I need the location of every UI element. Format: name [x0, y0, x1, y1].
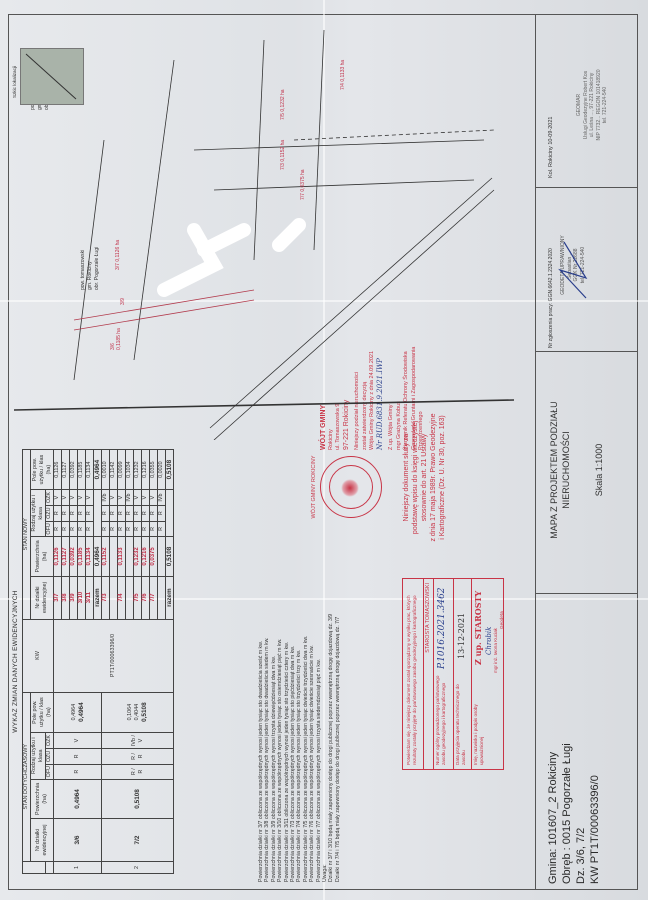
new-area: 0,1232: [134, 537, 142, 576]
sum-use-area: 0,4964: [94, 450, 102, 490]
seal-emblem: [329, 465, 373, 509]
new-use-area: 0,1185: [78, 450, 86, 490]
starosta-row-1-label: Numer ogólny prowadzonego państwowego za…: [435, 675, 446, 765]
new-use-area: 0,1134: [86, 450, 94, 490]
old-lp: 1: [54, 862, 102, 874]
new-ozk: V: [110, 490, 118, 505]
new-ozk: V: [54, 490, 62, 505]
new-ozu: R: [102, 505, 110, 521]
new-use-area: 0,1142: [110, 450, 118, 490]
new-ozk: OZK: [46, 490, 54, 505]
old-ozu: OZU: [46, 749, 54, 764]
new-area: 0,0375: [150, 537, 158, 576]
new-ozk: IVb: [102, 490, 110, 505]
new-ozu: R: [86, 505, 94, 521]
sum-area: 0,5108: [166, 537, 174, 576]
new-ozu: R: [150, 505, 158, 521]
map-title: MAPA Z PROJEKTEM PODZIAŁU NIERUCHOMOŚCI: [548, 360, 572, 580]
old-use-area: 0,10640,40440,5108: [102, 692, 174, 732]
old-parcel: 3/6: [54, 819, 102, 862]
new-ozu: R: [62, 505, 70, 521]
new-area: 0,1126: [54, 537, 62, 576]
photographed-document: WYKAZ ZMIAN DANYCH EWIDENCYJNYCH STAN DO…: [0, 0, 648, 900]
new-ozu: OZU: [46, 505, 54, 521]
starosta-signatory-role: Geodeta: [499, 611, 504, 629]
new-use-header: Rodzaj użytku i klasa: [31, 490, 46, 537]
new-use-area: 0,0355: [150, 450, 158, 490]
new-parcel: [126, 576, 134, 619]
map-scale: Skala 1:1000: [594, 360, 604, 580]
new-parcel: 7/7: [150, 576, 158, 619]
access-note: Działki nr 7/4 i 7/5 będą miały zapewnio…: [335, 462, 341, 882]
svg-text:obr. Pogorzałe Ługi: obr. Pogorzałe Ługi: [94, 247, 100, 290]
title-divider: [535, 593, 638, 594]
new-parcel: 3/11: [86, 576, 94, 619]
starosta-row-2-value: 13-12-2021: [457, 613, 466, 659]
starosta-row-1-value: P.1016.2021.3462: [437, 587, 447, 669]
new-ozu: R: [118, 505, 126, 521]
sum-use-area: 0,5108: [166, 450, 174, 490]
new-ozk: IVb: [126, 490, 134, 505]
new-ozk: V: [150, 490, 158, 505]
new-ofu: R: [126, 521, 134, 537]
new-ozk: V: [86, 490, 94, 505]
new-ofu: R: [150, 521, 158, 537]
svg-text:7/7 0,0375 ha: 7/7 0,0375 ha: [300, 169, 306, 200]
map-neighbour-2: pow. tomaszowski: [80, 250, 86, 290]
new-ofu: R: [118, 521, 126, 537]
title-block: Gmina: 101607_2 Rokiciny Obręb : 0015 Po…: [546, 594, 636, 884]
gmina-line: Gmina: 101607_2 Rokiciny: [546, 594, 560, 884]
kw-line: KW PT1T/00063396/0: [588, 594, 602, 884]
new-ozu: R: [134, 505, 142, 521]
new-ofu: R: [102, 521, 110, 537]
old-ozk: V: [54, 732, 102, 749]
starosta-row-3-label: Imię, nazwisko i podpis osoby upoważnion…: [473, 675, 484, 765]
starosta-office: STAROSTA TOMASZOWSKI: [425, 583, 431, 765]
old-area-header: Powierzchnia (ha): [31, 779, 54, 818]
table-row: 13/60,4964RRV0,49640,4964PT1T/00063396/0…: [54, 450, 62, 874]
svg-text:7/3 0,1152 ha: 7/3 0,1152 ha: [280, 140, 286, 170]
new-parcel-header: Nr działki ewidencyjnej: [31, 576, 54, 619]
new-ofu: R: [78, 521, 86, 537]
location-sketch: [20, 48, 84, 105]
company-stamp: GEOMAR Usługi Geodezyjne Robert Kos ul. …: [576, 30, 609, 180]
new-use-area: 0,0099: [118, 450, 126, 490]
svg-text:0,1185 ha: 0,1185 ha: [116, 328, 122, 350]
new-use-area: 0,1127: [62, 450, 70, 490]
new-parcel: 7/6: [142, 576, 150, 619]
starosta-stamp: Potwierdzam się, że niniejszy dokument z…: [402, 578, 504, 770]
new-ofu: R: [142, 521, 150, 537]
new-area: 0,1216: [142, 537, 150, 576]
new-ofu: R: [110, 521, 118, 537]
new-use-area: 0,0020: [158, 450, 166, 490]
new-ozk: V: [78, 490, 86, 505]
new-area: [126, 537, 134, 576]
surveyor-signature: [556, 240, 590, 300]
old-parcel: 7/2: [102, 819, 174, 862]
old-ofu: R / R: [102, 764, 174, 779]
new-ofu: R: [62, 521, 70, 537]
new-parcel: 3/7: [54, 576, 62, 619]
starosta-row-2-label: Data przyjęcia operatu technicznego do z…: [455, 675, 466, 765]
paper-sheet: WYKAZ ZMIAN DANYCH EWIDENCYJNYCH STAN DO…: [0, 0, 648, 900]
new-parcel: 7/4: [118, 576, 126, 619]
map-title-line2: NIERUCHOMOŚCI: [560, 360, 572, 580]
new-ozu: R: [126, 505, 134, 521]
svg-text:gm. Rokiciny: gm. Rokiciny: [87, 261, 93, 290]
area-description: Powierzchnia działki nr 3/7 obliczona ze…: [258, 462, 341, 882]
new-ozu: R: [142, 505, 150, 521]
registry-number: Nr zgłoszenia pracy: GGN.6642.1.2324.202…: [548, 248, 554, 348]
kw-value: PT1T/00063396/0: [54, 619, 174, 692]
surveyor-stamp: GEODETA UPRAWNIONY Sebastian ... GGK Nr …: [560, 190, 586, 340]
starosta-signatory: mgr inż. Iwona Kuciak: [493, 628, 498, 673]
old-use-header: Rodzaj użytku i klasa: [31, 732, 46, 779]
new-area: 0,1127: [62, 537, 70, 576]
location-sketch-label: Szkic lokalizacji: [12, 66, 17, 98]
parcels-line: Dz. 3/6, 7/2: [574, 594, 588, 884]
starosta-row-3-value: Z up. STAROSTY: [473, 591, 483, 665]
starosta-header-text: Potwierdzam się, że niniejszy dokument z…: [406, 583, 417, 765]
title-divider-3: [535, 187, 638, 188]
new-ozk: V: [62, 490, 70, 505]
old-area: 0,5108: [102, 779, 174, 818]
new-area-header: Powierzchnia (ha): [31, 537, 54, 576]
map-title-line1: MAPA Z PROJEKTEM PODZIAŁU: [548, 360, 560, 580]
new-use-area: 0,1232: [134, 450, 142, 490]
starosta-signature: Chrobik: [485, 627, 493, 655]
new-ofu: R: [54, 521, 62, 537]
new-parcel: 7/3: [102, 576, 110, 619]
sum-area: 0,4964: [94, 537, 102, 576]
kw-header: KW: [23, 619, 54, 692]
new-ozu: R: [70, 505, 78, 521]
change-register-table: STAN DOTYCHCZASOWY KW STAN NOWY Nr dział…: [22, 449, 174, 874]
new-state-header: STAN NOWY: [23, 450, 31, 620]
new-use-area: 0,0392: [70, 450, 78, 490]
new-ozu: R: [78, 505, 86, 521]
lp-header: [23, 862, 46, 874]
new-ozu: R: [110, 505, 118, 521]
new-use-area: 0,1126: [54, 450, 62, 490]
title-divider-2: [535, 351, 638, 352]
svg-text:3/9: 3/9: [120, 298, 126, 305]
new-ofu: OFU: [46, 521, 54, 537]
survey-date: Kol. Rokiciny 10-09-2021: [548, 117, 554, 178]
old-use-area: 0,49640,4964: [54, 692, 102, 732]
new-parcel: [158, 576, 166, 619]
new-ozk: V: [118, 490, 126, 505]
new-area: 0,1152: [102, 537, 110, 576]
new-area: [110, 537, 118, 576]
table-body: 13/60,4964RRV0,49640,4964PT1T/00063396/0…: [54, 450, 174, 874]
new-ofu: R: [158, 521, 166, 537]
svg-text:7/4 0,1133 ha: 7/4 0,1133 ha: [340, 60, 346, 90]
new-area: 0,0392: [70, 537, 78, 576]
old-ofu: OFU: [46, 764, 54, 779]
new-ozu: R: [158, 505, 166, 521]
new-ozk: V: [142, 490, 150, 505]
wojt-round-seal: WÓJT GMINY ROKICINY: [320, 456, 382, 518]
new-use-area: 0,0010: [102, 450, 110, 490]
new-parcel: 3/10: [78, 576, 86, 619]
new-use-area: 0,1216: [142, 450, 150, 490]
new-ozu: R: [54, 505, 62, 521]
new-ofu: R: [70, 521, 78, 537]
old-use-area-header: Pole pow. użytku / klas (ha): [31, 692, 54, 732]
sum-blank: [94, 490, 102, 537]
svg-text:3/7 0,1126 ha: 3/7 0,1126 ha: [115, 240, 121, 270]
lp-blank: [46, 862, 54, 874]
table-title: WYKAZ ZMIAN DANYCH EWIDENCYJNYCH: [12, 449, 19, 874]
new-ofu: R: [134, 521, 142, 537]
new-area: 0,1133: [118, 537, 126, 576]
access-notes: Działki nr 3/7 i 3/10 będą miały zapewni…: [328, 462, 341, 882]
new-ofu: R: [86, 521, 94, 537]
old-parcel-header: Nr działki ewidencyjnej: [31, 819, 54, 862]
district-boundary: [14, 400, 514, 410]
old-state-header: STAN DOTYCHCZASOWY: [23, 692, 31, 861]
area-description-lines: Powierzchnia działki nr 3/7 obliczona ze…: [258, 462, 322, 882]
sum-label: razem: [166, 576, 174, 619]
new-parcel: 3/9: [70, 576, 78, 619]
new-ozk: V: [134, 490, 142, 505]
old-ozu: R: [54, 749, 102, 764]
new-area: 0,1185: [78, 537, 86, 576]
sum-blank: [166, 490, 174, 537]
old-ozu: R / R: [102, 749, 174, 764]
new-parcel: 3/8: [62, 576, 70, 619]
new-use-area: 0,1034: [126, 450, 134, 490]
sum-label: razem: [94, 576, 102, 619]
old-ozk: OZK: [46, 732, 54, 749]
new-parcel: [110, 576, 118, 619]
seal-text: WÓJT GMINY ROKICINY: [311, 453, 317, 521]
new-area: [158, 537, 166, 576]
new-area: 0,1134: [86, 537, 94, 576]
obreb-line: Obręb : 0015 Pogorzałe Ługi: [560, 594, 574, 884]
company-stamp-line: tel. 721-224-540: [602, 30, 609, 180]
old-area: 0,4964: [54, 779, 102, 818]
new-ozk: IVb: [158, 490, 166, 505]
new-ozk: V: [70, 490, 78, 505]
new-parcel: 7/5: [134, 576, 142, 619]
old-lp: 2: [102, 862, 174, 874]
new-use-area-header: Pole pow. użytku / klas (ha): [31, 450, 54, 490]
svg-text:7/5 0,1232 ha: 7/5 0,1232 ha: [280, 89, 286, 120]
title-top-rule: [535, 14, 536, 890]
old-ofu: R: [54, 764, 102, 779]
subdivision-map: pow. łódzki wschodni gm. Koluszki obr. B…: [14, 20, 514, 440]
old-ozk: IVb / V: [102, 732, 174, 749]
